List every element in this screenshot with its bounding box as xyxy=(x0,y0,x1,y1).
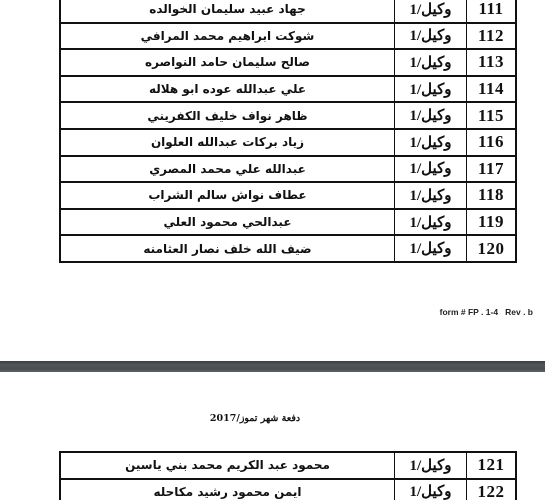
row-name: علي عبدالله عوده ابو هلاله xyxy=(60,76,395,103)
row-rank: وكيل/1 xyxy=(395,102,467,129)
form-code-footer: form # FP . 1-4 Rev . b xyxy=(440,307,533,317)
row-rank: وكيل/1 xyxy=(395,479,467,500)
row-rank: وكيل/1 xyxy=(395,235,467,262)
row-name: عبدالحي محمود العلي xyxy=(60,209,395,236)
table-row: 116 وكيل/1 زياد بركات عبدالله العلوان xyxy=(60,129,516,156)
row-rank: وكيل/1 xyxy=(395,49,467,76)
row-rank: وكيل/1 xyxy=(395,182,467,209)
row-name: عبدالله علي محمد المصري xyxy=(60,156,395,183)
roster-table-bottom: 121 وكيل/1 محمود عبد الكريم محمد بني ياس… xyxy=(59,451,517,500)
row-number: 119 xyxy=(467,209,517,236)
batch-title: دفعة شهر تموز/2017 xyxy=(205,413,305,424)
table-row: 115 وكيل/1 ظاهر نواف خليف الكفريني xyxy=(60,102,516,129)
row-number: 116 xyxy=(467,129,517,156)
table-row: 119 وكيل/1 عبدالحي محمود العلي xyxy=(60,209,516,236)
row-name: شوكت ابراهيم محمد المرافي xyxy=(60,23,395,50)
row-name: ضيف الله خلف نصار العثامنه xyxy=(60,235,395,262)
table-row: 112 وكيل/1 شوكت ابراهيم محمد المرافي xyxy=(60,23,516,50)
table-row: 120 وكيل/1 ضيف الله خلف نصار العثامنه xyxy=(60,235,516,262)
table-row: 117 وكيل/1 عبدالله علي محمد المصري xyxy=(60,156,516,183)
row-number: 122 xyxy=(467,479,517,500)
row-name: جهاد عبيد سليمان الخوالده xyxy=(60,0,395,23)
table-row: 121 وكيل/1 محمود عبد الكريم محمد بني ياس… xyxy=(60,452,516,479)
table-row: 122 وكيل/1 ايمن محمود رشيد مكاحله xyxy=(60,479,516,500)
row-number: 114 xyxy=(467,76,517,103)
row-number: 113 xyxy=(467,49,517,76)
row-name: زياد بركات عبدالله العلوان xyxy=(60,129,395,156)
row-rank: وكيل/1 xyxy=(395,452,467,479)
row-number: 118 xyxy=(467,182,517,209)
row-number: 112 xyxy=(467,23,517,50)
row-number: 115 xyxy=(467,102,517,129)
row-rank: وكيل/1 xyxy=(395,23,467,50)
row-name: عطاف نواش سالم الشراب xyxy=(60,182,395,209)
row-rank: وكيل/1 xyxy=(395,209,467,236)
table-row: 113 وكيل/1 صالح سليمان حامد النواصره xyxy=(60,49,516,76)
row-number: 121 xyxy=(467,452,517,479)
table-row: 111 وكيل/1 جهاد عبيد سليمان الخوالده xyxy=(60,0,516,23)
row-number: 117 xyxy=(467,156,517,183)
row-number: 111 xyxy=(467,0,517,23)
row-number: 120 xyxy=(467,235,517,262)
table-row: 118 وكيل/1 عطاف نواش سالم الشراب xyxy=(60,182,516,209)
document-page-top: 111 وكيل/1 جهاد عبيد سليمان الخوالده 112… xyxy=(0,0,545,361)
table-row: 114 وكيل/1 علي عبدالله عوده ابو هلاله xyxy=(60,76,516,103)
row-name: محمود عبد الكريم محمد بني ياسين xyxy=(60,452,395,479)
row-rank: وكيل/1 xyxy=(395,0,467,23)
roster-table-top: 111 وكيل/1 جهاد عبيد سليمان الخوالده 112… xyxy=(59,0,517,263)
row-name: ايمن محمود رشيد مكاحله xyxy=(60,479,395,500)
row-rank: وكيل/1 xyxy=(395,76,467,103)
row-rank: وكيل/1 xyxy=(395,156,467,183)
page-break-divider xyxy=(0,361,545,372)
row-name: صالح سليمان حامد النواصره xyxy=(60,49,395,76)
row-name: ظاهر نواف خليف الكفريني xyxy=(60,102,395,129)
row-rank: وكيل/1 xyxy=(395,129,467,156)
